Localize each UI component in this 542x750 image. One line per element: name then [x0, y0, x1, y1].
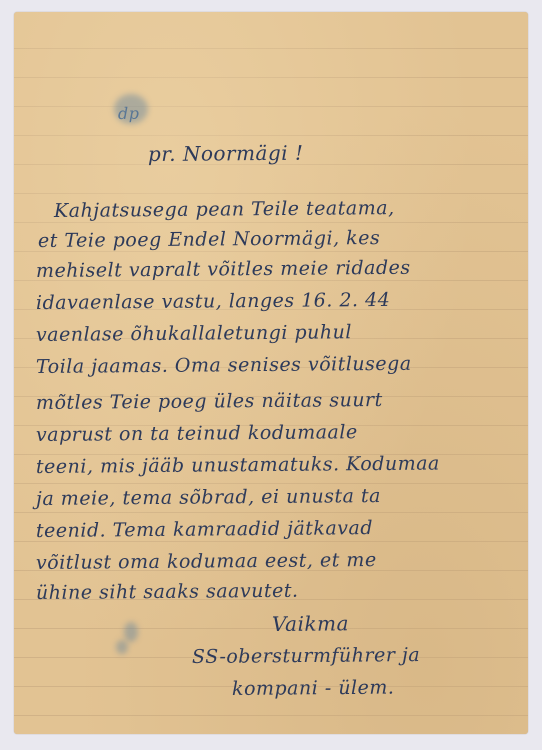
salutation: pr. Noormägi !	[148, 141, 304, 166]
body-line-11: teenid. Tema kamraadid jätkavad	[36, 517, 373, 542]
signature-title-2: kompani - ülem.	[232, 677, 395, 700]
body-line-7: mõtles Teie poeg üles näitas suurt	[36, 389, 383, 414]
signature-name: Vaikma	[272, 611, 349, 636]
ink-smudge-bottom-2	[116, 640, 128, 654]
body-line-2: et Teie poeg Endel Noormägi, kes	[38, 227, 380, 252]
letter-paper: dp pr. Noormägi ! Kahjatsusega pean Teil…	[14, 12, 528, 734]
body-line-9: teeni, mis jääb unustamatuks. Kodumaa	[36, 452, 440, 478]
body-line-6: Toila jaamas. Oma senises võitlusega	[36, 353, 412, 378]
signature-title-1: SS-obersturmführer ja	[192, 644, 420, 668]
body-line-3: mehiselt vapralt võitles meie ridades	[36, 257, 411, 282]
body-line-5: vaenlase õhukallaletungi puhul	[36, 321, 352, 346]
body-line-8: vaprust on ta teinud kodumaale	[36, 421, 358, 446]
body-line-4: idavaenlase vastu, langes 16. 2. 44	[36, 289, 390, 314]
ink-smudge-bottom-1	[124, 622, 138, 642]
body-line-1: Kahjatsusega pean Teile teatama,	[54, 197, 395, 222]
initials-mark: dp	[118, 104, 140, 123]
body-line-12: võitlust oma kodumaa eest, et me	[36, 549, 377, 574]
body-line-13: ühine siht saaks saavutet.	[36, 580, 299, 604]
body-line-10: ja meie, tema sõbrad, ei unusta ta	[36, 485, 381, 510]
